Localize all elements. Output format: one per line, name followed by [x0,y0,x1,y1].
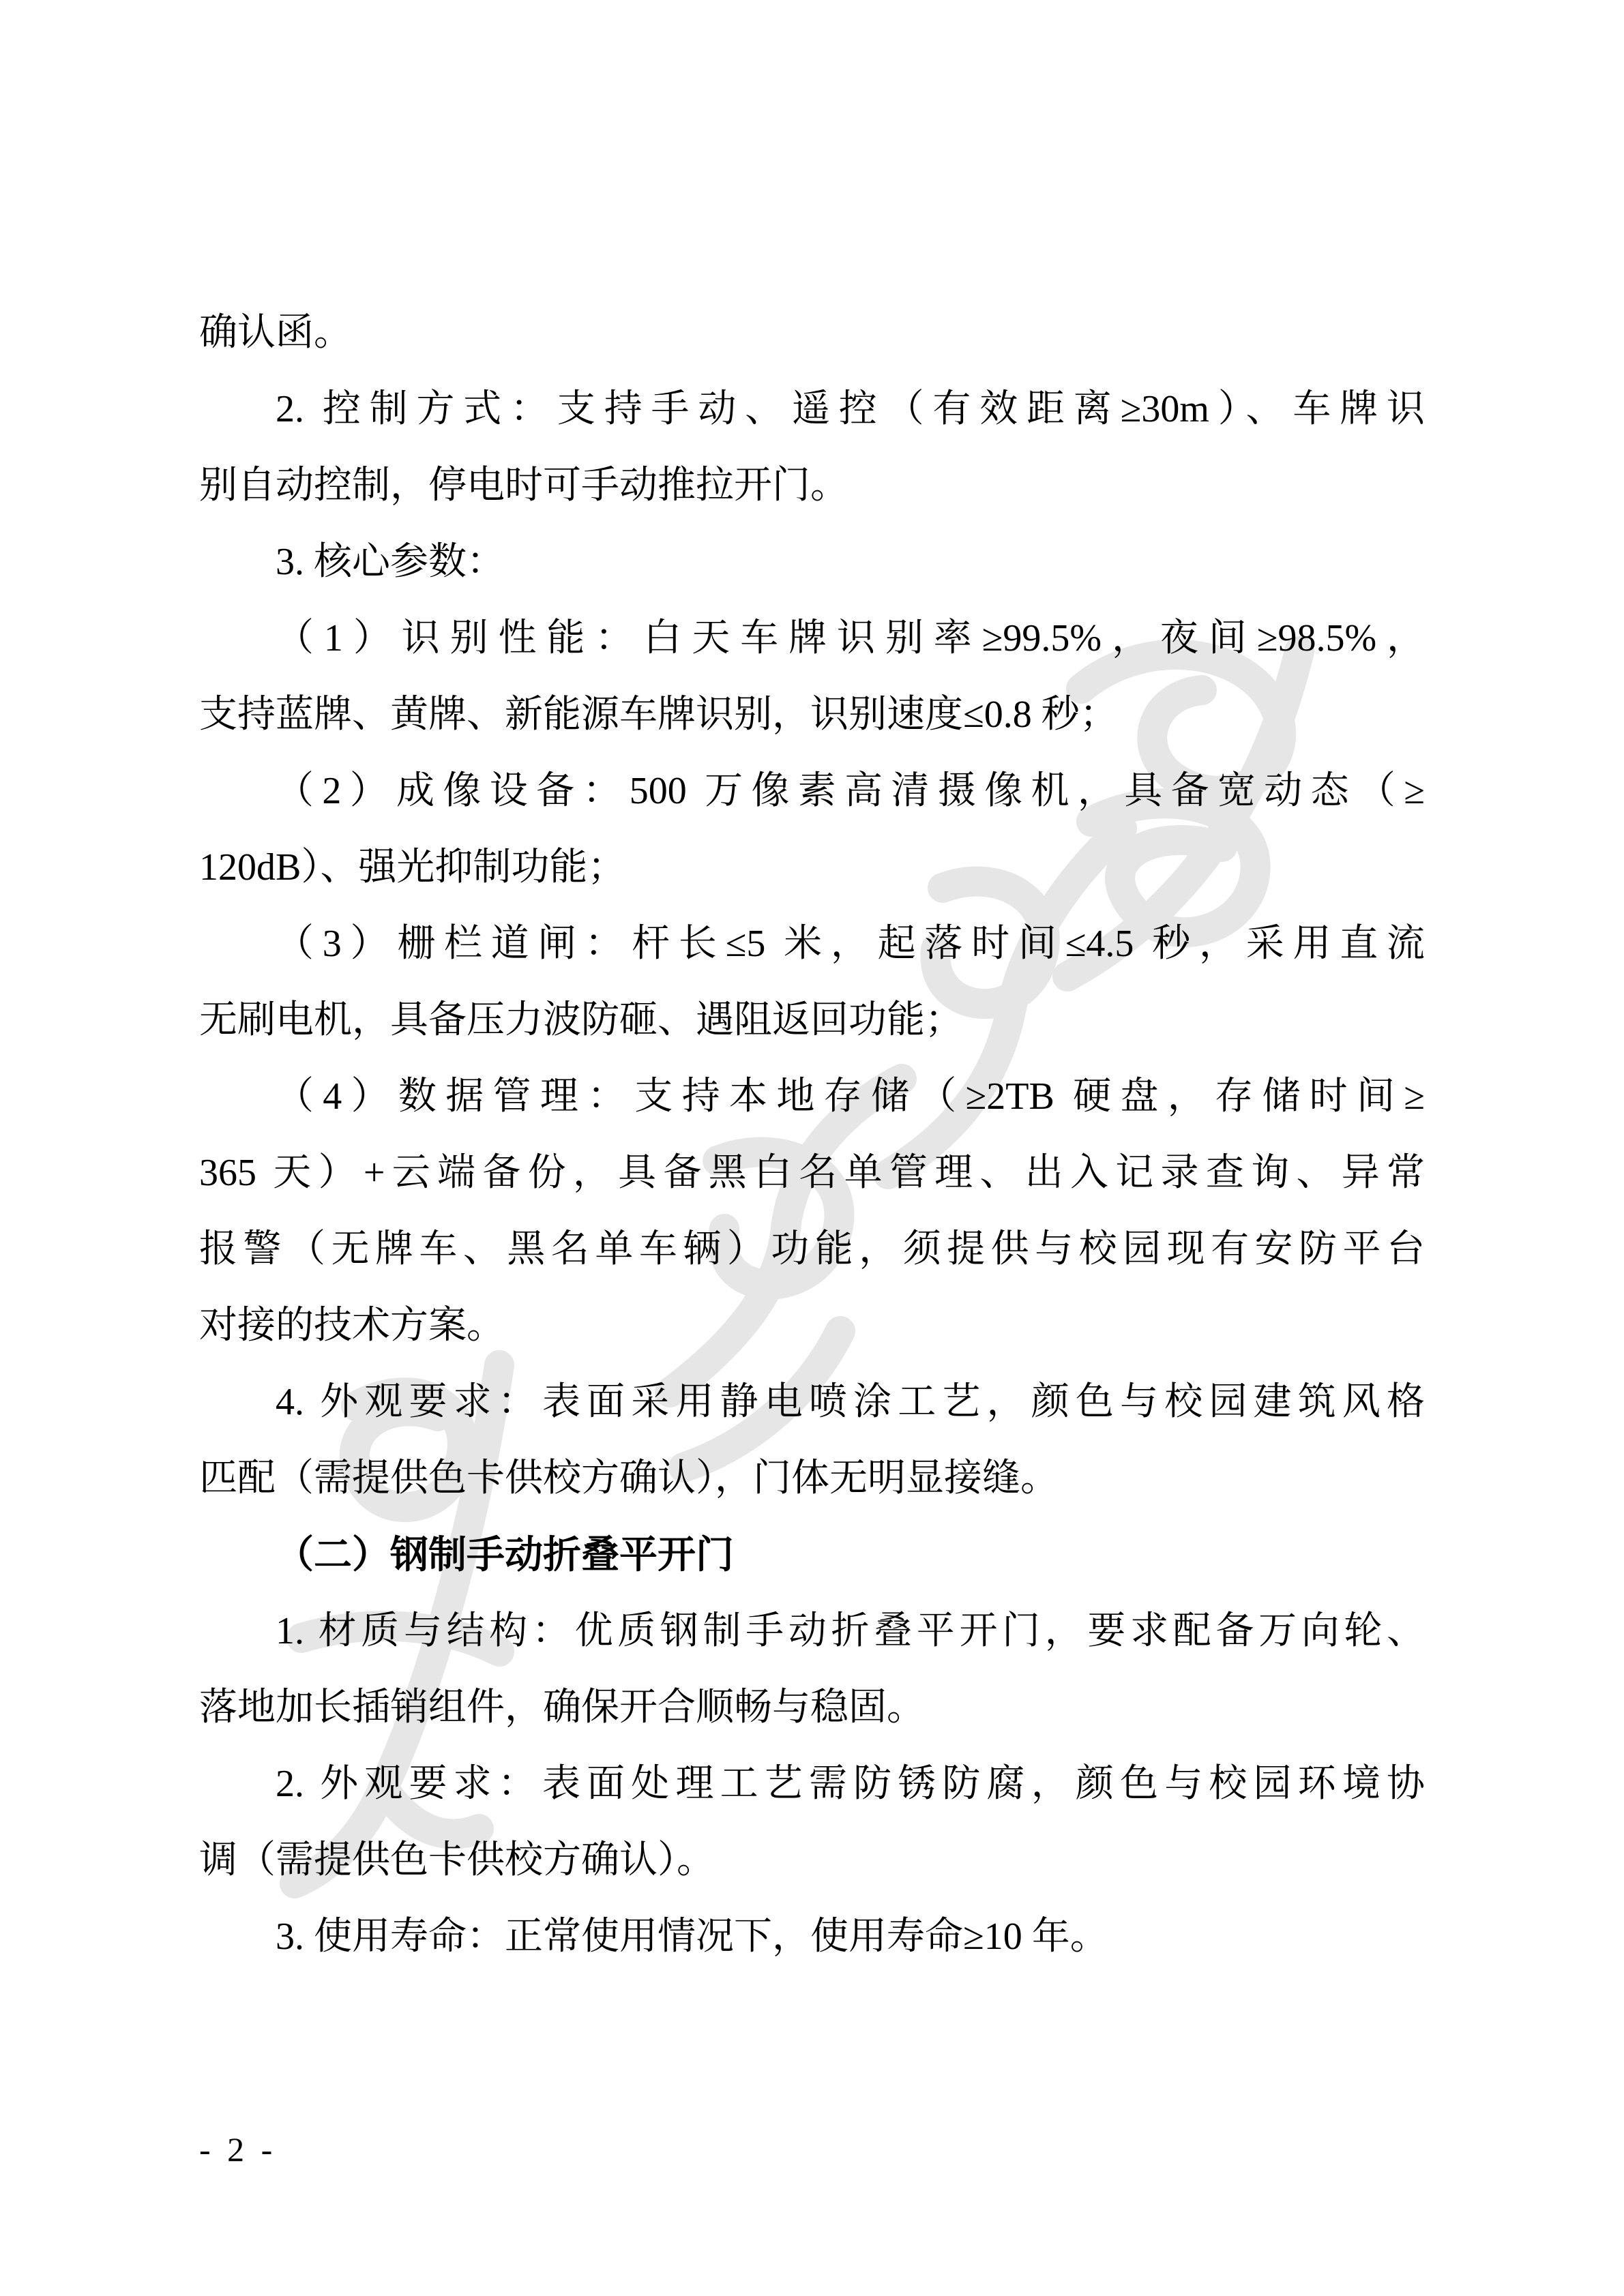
text-line: （1）识别性能：白天车牌识别率≥99.5%，夜间≥98.5%， [199,600,1425,676]
text-line: 4. 外观要求：表面采用静电喷涂工艺，颜色与校园建筑风格 [199,1364,1425,1440]
document-body: 确认函。 2. 控制方式：支持手动、遥控（有效距离≥30m）、车牌识 别自动控制… [199,295,1425,1975]
page-number: - 2 - [199,2122,276,2177]
text-line: （2）成像设备：500 万像素高清摄像机，具备宽动态（≥ [199,753,1425,829]
text-line: 无刷电机，具备压力波防砸、遇阻返回功能； [199,982,1425,1058]
text-line: 匹配（需提供色卡供校方确认），门体无明显接缝。 [199,1440,1425,1517]
text-line: 对接的技术方案。 [199,1287,1425,1364]
text-line: 2. 外观要求：表面处理工艺需防锈防腐，颜色与校园环境协 [199,1746,1425,1822]
text-line: 3. 使用寿命：正常使用情况下，使用寿命≥10 年。 [199,1898,1425,1975]
text-line: （4）数据管理：支持本地存储（≥2TB 硬盘，存储时间≥ [199,1058,1425,1135]
text-line: 3. 核心参数： [199,524,1425,600]
text-line: （3）栅栏道闸：杆长≤5 米，起落时间≤4.5 秒，采用直流 [199,906,1425,982]
section-heading: （二）钢制手动折叠平开门 [199,1517,1425,1593]
text-line: 别自动控制，停电时可手动推拉开门。 [199,447,1425,524]
text-line: 1. 材质与结构：优质钢制手动折叠平开门，要求配备万向轮、 [199,1593,1425,1669]
text-line: 365 天）+云端备份，具备黑白名单管理、出入记录查询、异常 [199,1135,1425,1211]
text-line: 报警（无牌车、黑名单车辆）功能，须提供与校园现有安防平台 [199,1211,1425,1287]
text-line: 120dB）、强光抑制功能； [199,829,1425,906]
text-line: 调（需提供色卡供校方确认）。 [199,1822,1425,1898]
text-line: 支持蓝牌、黄牌、新能源车牌识别，识别速度≤0.8 秒； [199,676,1425,753]
text-line: 确认函。 [199,295,1425,371]
text-line: 2. 控制方式：支持手动、遥控（有效距离≥30m）、车牌识 [199,371,1425,447]
text-line: 落地加长插销组件，确保开合顺畅与稳固。 [199,1669,1425,1746]
document-page: 确认函。 2. 控制方式：支持手动、遥控（有效距离≥30m）、车牌识 别自动控制… [0,0,1624,2296]
